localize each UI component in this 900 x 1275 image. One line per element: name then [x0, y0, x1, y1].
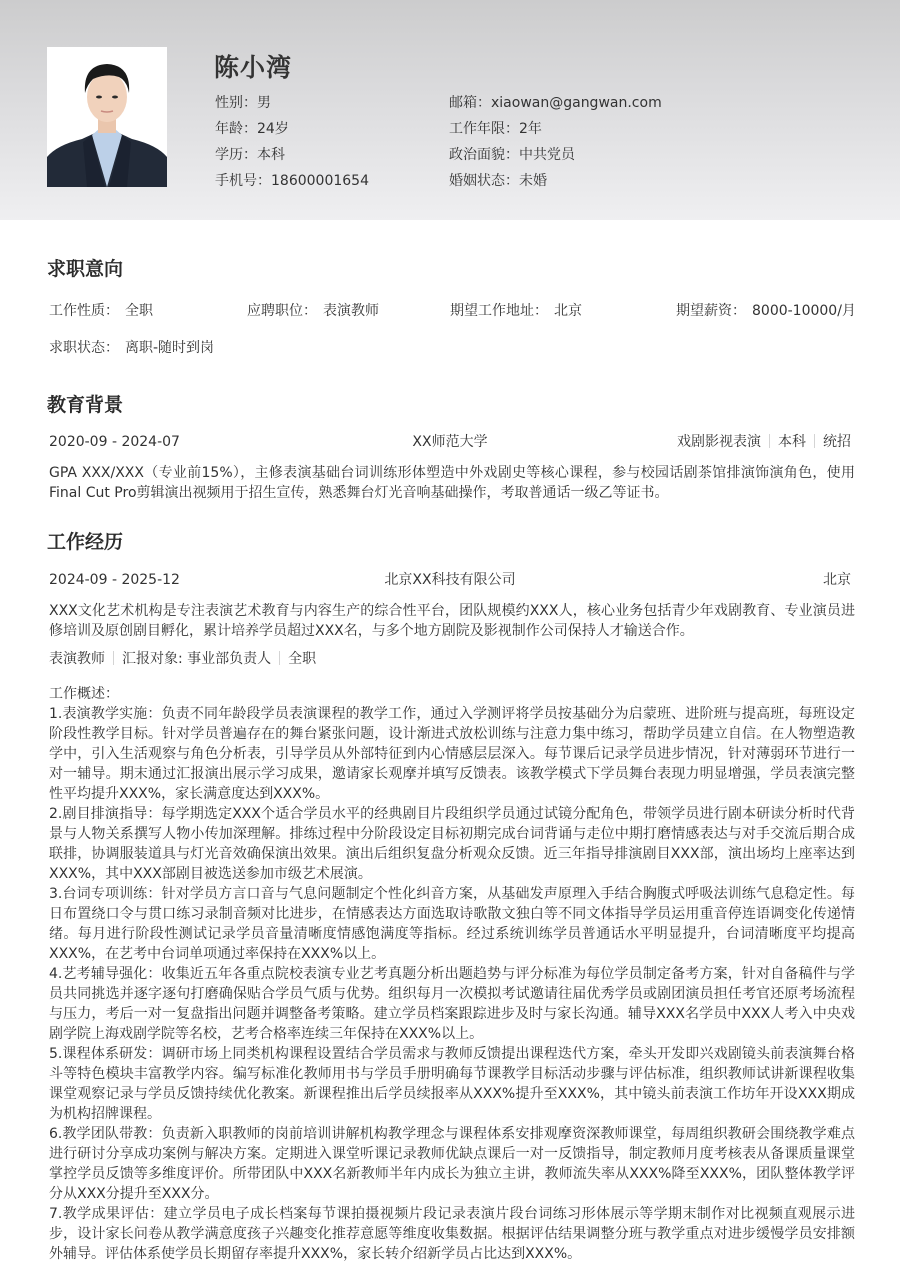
info-label: 学历 [215, 147, 257, 163]
duty-item: 3.台词专项训练：针对学员方言口音与气息问题制定个性化纠音方案，从基础发声原理入… [49, 884, 855, 964]
work-entry-header: 2024-09 - 2025-12 北京XX科技有限公司 北京 [49, 570, 851, 591]
divider [279, 651, 280, 665]
work-tags: 表演教师汇报对象: 事业部负责人全职 [49, 649, 316, 670]
work-report-to: 汇报对象: 事业部负责人 [122, 651, 271, 667]
section-title-job-intention: 求职意向 [47, 255, 123, 284]
intention-label: 求职状态 [49, 340, 125, 356]
education-period: 2020-09 - 2024-07 [49, 432, 180, 453]
info-marital-status: 婚姻状态未婚 [449, 171, 547, 192]
divider [769, 434, 770, 448]
info-political-status: 政治面貌中共党员 [449, 145, 575, 166]
work-summary-label: 工作概述： [49, 684, 855, 704]
education-degree: 本科 [778, 434, 806, 450]
info-phone: 手机号18600001654 [215, 171, 369, 192]
intention-label: 期望薪资 [676, 303, 752, 319]
avatar-photo-icon [47, 47, 167, 187]
intention-value: 全职 [125, 303, 153, 319]
duty-item: 1.表演教学实施：负责不同年龄段学员表演课程的教学工作，通过入学测评将学员按基础… [49, 704, 855, 804]
divider [814, 434, 815, 448]
duty-item: 5.课程体系研发：调研市场上同类机构课程设置结合学员需求与教师反馈提出课程迭代方… [49, 1044, 855, 1124]
intention-value: 北京 [554, 303, 582, 319]
info-gender: 性别男 [215, 93, 271, 114]
duty-item: 4.艺考辅导强化：收集近五年各重点院校表演专业艺考真题分析出题趋势与评分标准为每… [49, 964, 855, 1044]
info-label: 手机号 [215, 173, 271, 189]
work-employment-type: 全职 [288, 651, 316, 667]
info-label: 婚姻状态 [449, 173, 519, 189]
info-label: 邮箱 [449, 95, 491, 111]
education-type: 统招 [823, 434, 851, 450]
work-role: 表演教师 [49, 651, 105, 667]
duty-item: 2.剧目排演指导：每学期选定XXX个适合学员水平的经典剧目片段组织学员通过试镜分… [49, 804, 855, 884]
intention-value: 表演教师 [323, 303, 379, 319]
info-value: 中共党员 [519, 147, 575, 163]
info-label: 年龄 [215, 121, 257, 137]
profile-header: 陈小湾 性别男 年龄24岁 学历本科 手机号18600001654 邮箱xiao… [0, 0, 900, 220]
work-period: 2024-09 - 2025-12 [49, 570, 180, 591]
info-label: 性别 [215, 95, 257, 111]
divider [113, 651, 114, 665]
intention-value: 离职-随时到岗 [125, 340, 214, 356]
intention-label: 期望工作地址 [450, 303, 554, 319]
info-email: 邮箱xiaowan@gangwan.com [449, 93, 662, 114]
info-value: 未婚 [519, 173, 547, 189]
info-label: 政治面貌 [449, 147, 519, 163]
work-location: 北京 [823, 570, 851, 591]
info-value: 18600001654 [271, 173, 369, 189]
intention-position: 应聘职位表演教师 [247, 301, 379, 322]
section-title-work: 工作经历 [47, 528, 123, 557]
duty-item: 7.教学成果评估：建立学员电子成长档案每节课拍摄视频片段记录表演片段台词练习形体… [49, 1204, 855, 1264]
info-value: 2年 [519, 121, 542, 137]
company-intro: XXX文化艺术机构是专注表演艺术教育与内容生产的综合性平台，团队规模约XXX人，… [49, 601, 855, 641]
info-label: 工作年限 [449, 121, 519, 137]
work-summary: 工作概述： 1.表演教学实施：负责不同年龄段学员表演课程的教学工作，通过入学测评… [49, 684, 855, 1264]
profile-photo [47, 47, 167, 187]
info-value: 本科 [257, 147, 285, 163]
candidate-name: 陈小湾 [214, 49, 292, 87]
info-value: 24岁 [257, 121, 289, 137]
duty-item: 6.教学团队带教：负责新入职教师的岗前培训讲解机构教学理念与课程体系安排观摩资深… [49, 1124, 855, 1204]
education-entry-header: 2020-09 - 2024-07 XX师范大学 戏剧影视表演本科统招 [49, 432, 851, 453]
intention-value: 8000-10000/月 [752, 303, 856, 319]
education-details: 戏剧影视表演本科统招 [677, 432, 851, 453]
intention-work-type: 工作性质全职 [49, 301, 153, 322]
intention-label: 工作性质 [49, 303, 125, 319]
education-description: GPA XXX/XXX（专业前15%），主修表演基础台词训练形体塑造中外戏剧史等… [49, 463, 855, 503]
info-value: xiaowan@gangwan.com [491, 95, 662, 111]
info-education: 学历本科 [215, 145, 285, 166]
info-value: 男 [257, 95, 271, 111]
education-major: 戏剧影视表演 [677, 434, 761, 450]
info-age: 年龄24岁 [215, 119, 289, 140]
section-title-education: 教育背景 [47, 391, 123, 420]
info-work-years: 工作年限2年 [449, 119, 542, 140]
intention-location: 期望工作地址北京 [450, 301, 582, 322]
intention-status: 求职状态离职-随时到岗 [49, 338, 214, 359]
intention-label: 应聘职位 [247, 303, 323, 319]
intention-salary: 期望薪资8000-10000/月 [676, 301, 856, 322]
